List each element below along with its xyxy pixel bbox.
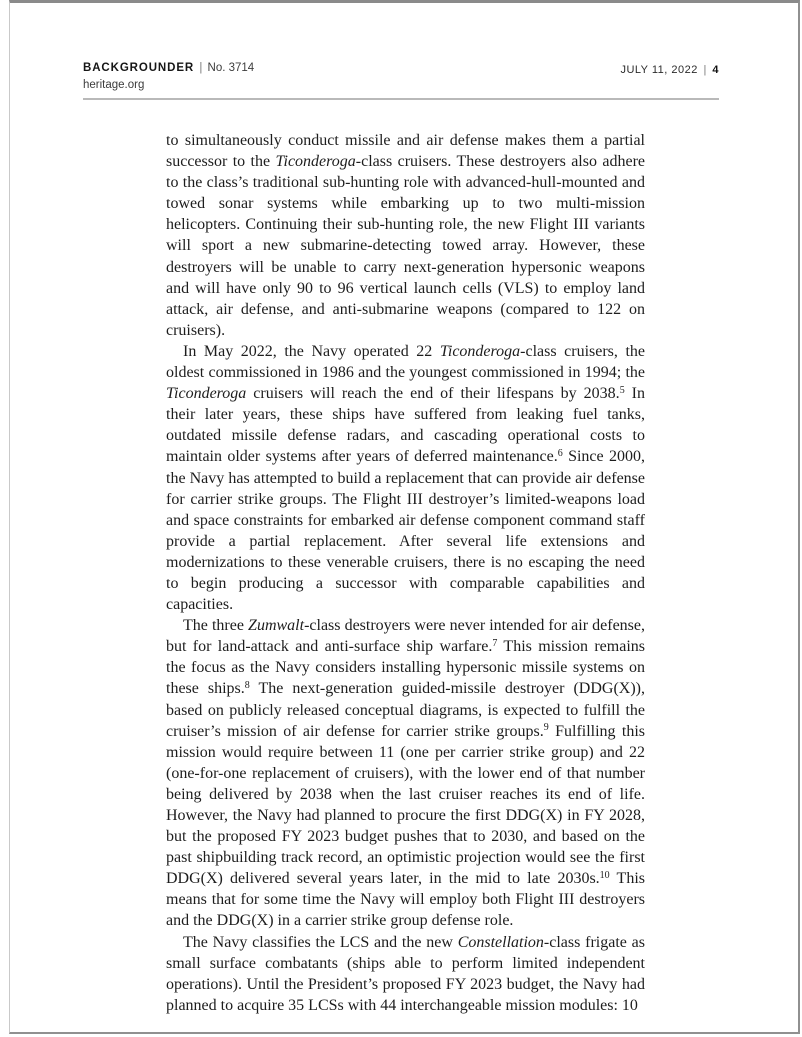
paragraph: to simultaneously conduct missile and ai… [166,130,645,341]
ship-class-name: Zumwalt [248,617,304,634]
paragraph: The three Zumwalt-class destroyers were … [166,615,645,931]
date-separator: | [701,64,708,76]
text-run: -class cruisers. These destroyers also a… [166,153,645,339]
ship-class-name: Ticonderoga [440,343,520,360]
ship-class-name: Constellation [458,934,544,951]
footnote-reference: 7 [492,638,497,649]
header-right: JULY 11, 2022 | 4 [620,64,719,76]
footnote-reference: 10 [600,870,610,881]
body-text: to simultaneously conduct missile and ai… [166,130,645,1016]
website-text: heritage.org [83,78,254,93]
header-left: BACKGROUNDER | No. 3714 heritage.org [83,61,254,93]
ship-class-name: Ticonderoga [275,153,355,170]
publication-separator: | [197,62,204,74]
text-run: The Navy classifies the LCS and the new [183,934,458,951]
header-rule [83,98,719,100]
text-run: Since 2000, the Navy has attempted to bu… [166,448,645,613]
paragraph: The Navy classifies the LCS and the new … [166,932,645,1016]
ship-class-name: Ticonderoga [166,385,246,402]
paragraph: In May 2022, the Navy operated 22 Ticond… [166,341,645,615]
text-run: In May 2022, the Navy operated 22 [183,343,440,360]
text-run: cruisers will reach the end of their lif… [246,385,619,402]
text-run: The three [183,617,248,634]
issue-number: No. 3714 [208,62,255,74]
text-run: Fulfilling this mission would require be… [166,723,645,888]
publication-line: BACKGROUNDER | No. 3714 [83,61,254,76]
header-date: JULY 11, 2022 [620,64,697,76]
footnote-reference: 5 [620,385,625,396]
page-number: 4 [712,64,719,76]
footnote-reference: 9 [544,722,549,733]
publication-name: BACKGROUNDER [83,62,194,74]
footnote-reference: 6 [558,448,563,459]
footnote-reference: 8 [245,680,250,691]
